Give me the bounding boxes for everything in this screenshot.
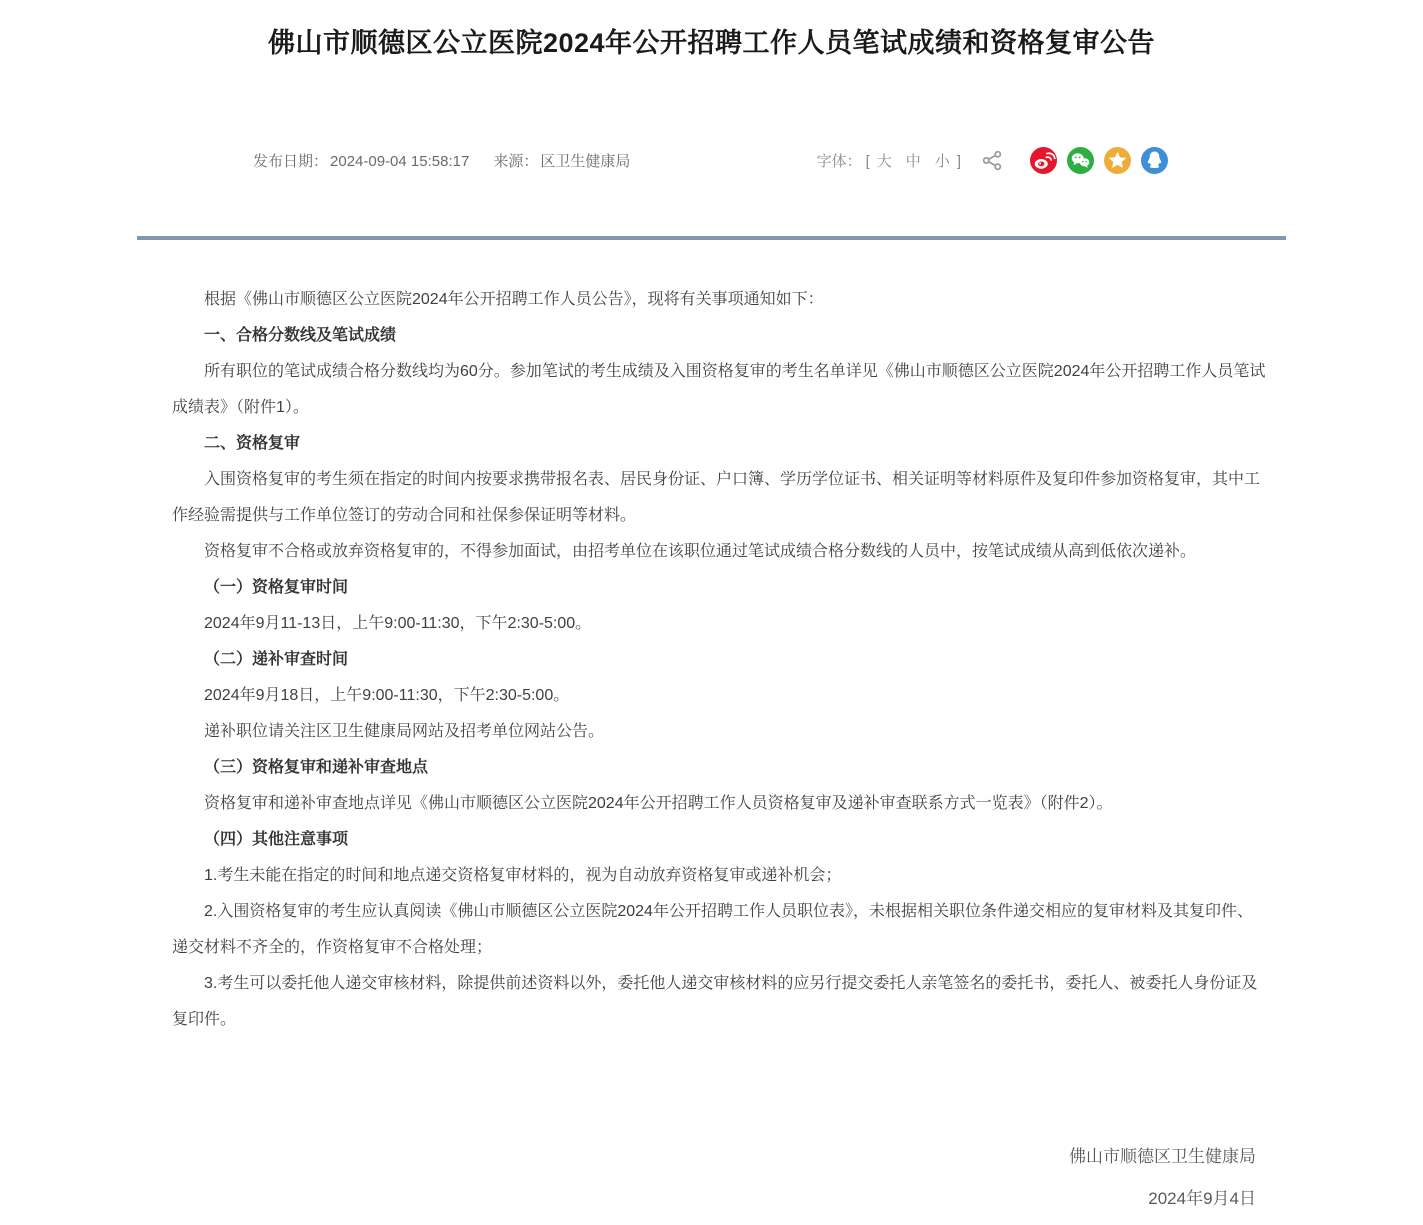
subsection-4-heading: （四）其他注意事项 — [172, 822, 1268, 858]
subsection-1-heading: （一）资格复审时间 — [172, 570, 1268, 606]
font-size-medium-button[interactable]: 中 — [906, 153, 921, 170]
subsection-3-heading: （三）资格复审和递补审查地点 — [172, 750, 1268, 786]
font-size-bracket-open: [ — [866, 153, 870, 170]
subsection-2-paragraph-2: 递补职位请关注区卫生健康局网站及招考单位网站公告。 — [172, 714, 1268, 750]
source-label: 来源： — [493, 153, 538, 170]
publish-date-value: 2024-09-04 15:58:17 — [330, 153, 469, 170]
subsection-2-heading: （二）递补审查时间 — [172, 642, 1268, 678]
sign-off: 佛山市顺德区卫生健康局 2024年9月4日 — [172, 1136, 1268, 1220]
section-1-paragraph: 所有职位的笔试成绩合格分数线均为60分。参加笔试的考生成绩及入围资格复审的考生名… — [172, 354, 1268, 426]
font-size-bracket-close: ] — [957, 153, 961, 170]
font-size-small-button[interactable]: 小 — [935, 153, 950, 170]
section-1-heading: 一、合格分数线及笔试成绩 — [172, 318, 1268, 354]
page-title: 佛山市顺德区公立医院2024年公开招聘工作人员笔试成绩和资格复审公告 — [137, 0, 1286, 61]
section-2-heading: 二、资格复审 — [172, 426, 1268, 462]
intro-paragraph: 根据《佛山市顺德区公立医院2024年公开招聘工作人员公告》，现将有关事项通知如下… — [172, 282, 1268, 318]
share-icon[interactable] — [981, 149, 1004, 172]
font-size-large-button[interactable]: 大 — [877, 153, 892, 170]
source-value: 区卫生健康局 — [540, 153, 630, 170]
publish-date-label: 发布日期： — [253, 153, 328, 170]
subsection-1-paragraph: 2024年9月11-13日，上午9:00-11:30，下午2:30-5:00。 — [172, 606, 1268, 642]
publish-meta: 发布日期：2024-09-04 15:58:17来源：区卫生健康局 — [253, 150, 630, 171]
qq-share-icon[interactable] — [1141, 147, 1168, 174]
note-item-1: 1.考生未能在指定的时间和地点递交资格复审材料的，视为自动放弃资格复审或递补机会… — [172, 858, 1268, 894]
header-tools: 字体：[大中小] — [817, 147, 1168, 174]
font-size-controls: 字体：[大中小] — [817, 150, 961, 171]
qzone-share-icon[interactable] — [1104, 147, 1131, 174]
subsection-2-paragraph-1: 2024年9月18日，上午9:00-11:30，下午2:30-5:00。 — [172, 678, 1268, 714]
section-2-paragraph-2: 资格复审不合格或放弃资格复审的，不得参加面试，由招考单位在该职位通过笔试成绩合格… — [172, 534, 1268, 570]
issue-date: 2024年9月4日 — [172, 1178, 1256, 1220]
weibo-share-icon[interactable] — [1030, 147, 1057, 174]
wechat-share-icon[interactable] — [1067, 147, 1094, 174]
meta-row: 发布日期：2024-09-04 15:58:17来源：区卫生健康局 字体：[大中… — [137, 146, 1286, 174]
note-item-3: 3.考生可以委托他人递交审核材料，除提供前述资料以外，委托他人递交审核材料的应另… — [172, 966, 1268, 1038]
header-divider — [137, 236, 1286, 240]
issuing-department: 佛山市顺德区卫生健康局 — [172, 1136, 1256, 1178]
note-item-2: 2.入围资格复审的考生应认真阅读《佛山市顺德区公立医院2024年公开招聘工作人员… — [172, 894, 1268, 966]
announcement-page: 佛山市顺德区公立医院2024年公开招聘工作人员笔试成绩和资格复审公告 发布日期：… — [137, 0, 1286, 1220]
announcement-body: 根据《佛山市顺德区公立医院2024年公开招聘工作人员公告》，现将有关事项通知如下… — [137, 240, 1286, 1220]
subsection-3-paragraph: 资格复审和递补审查地点详见《佛山市顺德区公立医院2024年公开招聘工作人员资格复… — [172, 786, 1268, 822]
section-2-paragraph-1: 入围资格复审的考生须在指定的时间内按要求携带报名表、居民身份证、户口簿、学历学位… — [172, 462, 1268, 534]
font-size-label: 字体： — [817, 153, 862, 170]
